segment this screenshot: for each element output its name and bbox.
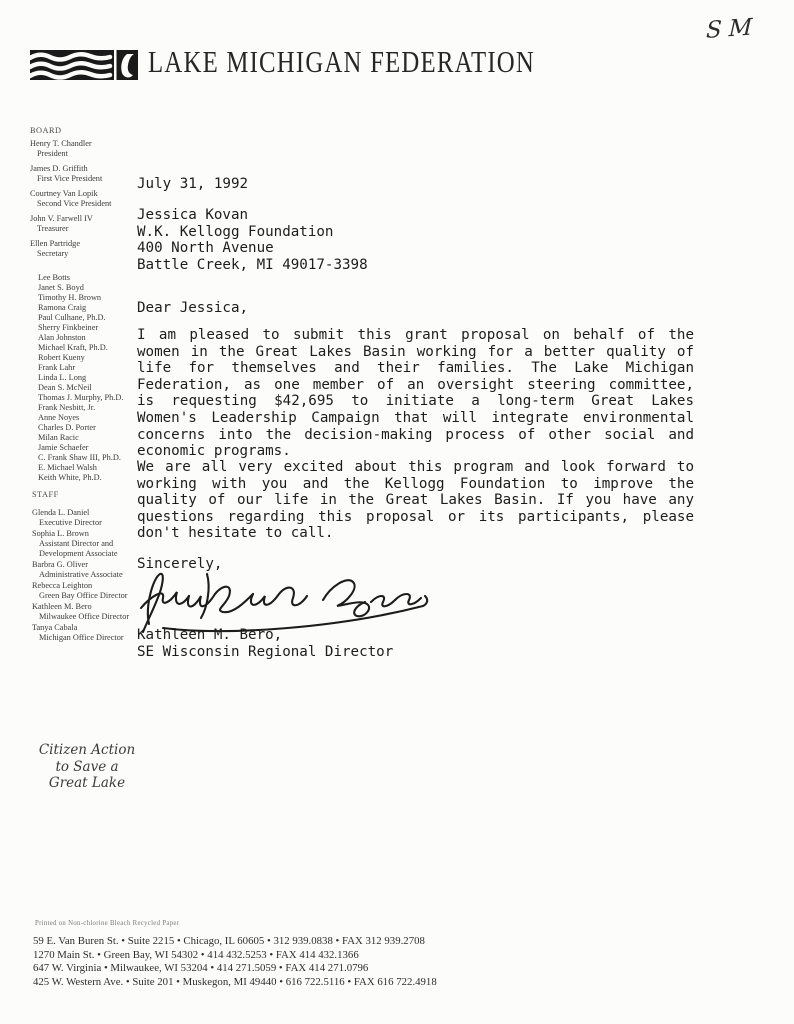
letter-text-line: quality of our life in the Great Lakes B… (137, 492, 694, 509)
tagline-line: to Save a (28, 759, 146, 776)
staff-name: Sophia L. Brown (32, 529, 150, 539)
office-address-line: 1270 Main St. • Green Bay, WI 54302 • 41… (33, 949, 437, 963)
letter-text-line: Federation, as one member of an oversigh… (137, 377, 694, 394)
officer-title: Treasurer (30, 224, 150, 234)
officer-title: Secretary (30, 249, 150, 259)
org-title: LAKE MICHIGAN FEDERATION (148, 44, 535, 80)
staff-label: STAFF (30, 490, 150, 500)
signature-typed-title: SE Wisconsin Regional Director (137, 644, 393, 661)
board-member-name: C. Frank Shaw III, Ph.D. (38, 453, 150, 463)
board-member-name: Milan Racic (38, 433, 150, 443)
board-member-name: Sherry Finkbeiner (38, 323, 150, 333)
letter-text-line: don't hesitate to call. (137, 525, 694, 542)
recipient-address-block: Jessica Kovan W.K. Kellogg Foundation 40… (137, 207, 368, 273)
officer-title: First Vice President (30, 174, 150, 184)
signature-typed-name: Kathleen M. Bero, (137, 627, 282, 644)
letter-text-line: working with you and the Kellogg Foundat… (137, 476, 694, 493)
letter-text-line: questions regarding this proposal or its… (137, 509, 694, 526)
officer-name: Henry T. Chandler (30, 139, 150, 149)
office-address-list: 59 E. Van Buren St. • Suite 2215 • Chica… (33, 935, 437, 989)
board-officer: Ellen Partridge Secretary (30, 239, 150, 259)
board-member-name: Thomas J. Murphy, Ph.D. (38, 393, 150, 403)
board-member-name: Charles D. Porter (38, 423, 150, 433)
salutation: Dear Jessica, (137, 300, 248, 317)
tagline-line: Citizen Action (28, 742, 146, 759)
board-member-name: E. Michael Walsh (38, 463, 150, 473)
letter-text-line: is requesting $42,695 to initiate a long… (137, 393, 694, 410)
tagline-line: Great Lake (28, 775, 146, 792)
board-officer: Courtney Van Lopik Second Vice President (30, 189, 150, 209)
recycled-paper-note: Printed on Non-chlorine Bleach Recycled … (35, 920, 179, 927)
board-member-name: Anne Noyes (38, 413, 150, 423)
letter-text-line: life for themselves and their families. … (137, 360, 694, 377)
board-member-name: Timothy H. Brown (38, 293, 150, 303)
letter-text-line: Women's Leadership Campaign that will in… (137, 410, 694, 427)
board-member-name: Lee Botts (38, 273, 150, 283)
board-member-name: Paul Culhane, Ph.D. (38, 313, 150, 323)
staff-entry: Sophia L. Brown Assistant Director and D… (32, 529, 150, 559)
officer-name: Courtney Van Lopik (30, 189, 150, 199)
staff-name: Glenda L. Daniel (32, 508, 150, 518)
officer-title: Second Vice President (30, 199, 150, 209)
recipient-address-line: Battle Creek, MI 49017-3398 (137, 257, 368, 274)
staff-title: Assistant Director and Development Assoc… (32, 539, 150, 559)
letter-paragraph: We are all very excited about this progr… (137, 459, 694, 542)
board-label: BOARD (30, 126, 150, 136)
scanned-letter-page: LAKE MICHIGAN FEDERATION SM BOARD Henry … (0, 0, 794, 1024)
staff-entry: Glenda L. Daniel Executive Director (32, 508, 150, 528)
board-member-name: Jamie Schaefer (38, 443, 150, 453)
office-address-line: 425 W. Western Ave. • Suite 201 • Muskeg… (33, 976, 437, 990)
board-member-name: Linda L. Long (38, 373, 150, 383)
board-member-name: Frank Nesbitt, Jr. (38, 403, 150, 413)
board-member-name: Ramona Craig (38, 303, 150, 313)
staff-title: Executive Director (32, 518, 150, 528)
officer-name: Ellen Partridge (30, 239, 150, 249)
officer-name: James D. Griffith (30, 164, 150, 174)
handwritten-note: SM (706, 14, 760, 44)
board-officer-list: Henry T. Chandler President James D. Gri… (30, 139, 150, 259)
officer-title: President (30, 149, 150, 159)
recipient-address-line: W.K. Kellogg Foundation (137, 224, 368, 241)
letter-paragraph: I am pleased to submit this grant propos… (137, 327, 694, 460)
letter-text-line: concerns into the decision-making proces… (137, 427, 694, 444)
officer-name: John V. Farwell IV (30, 214, 150, 224)
letter-date: July 31, 1992 (137, 176, 248, 193)
board-member-list: Lee Botts Janet S. Boyd Timothy H. Brown… (30, 273, 150, 483)
letter-text-line: We are all very excited about this progr… (137, 459, 694, 476)
letter-text-line: economic programs. (137, 443, 694, 460)
board-member-name: Keith White, Ph.D. (38, 473, 150, 483)
letter-text-line: I am pleased to submit this grant propos… (137, 327, 694, 344)
office-address-line: 59 E. Van Buren St. • Suite 2215 • Chica… (33, 935, 437, 949)
board-member-name: Alan Johnston (38, 333, 150, 343)
board-member-name: Robert Kueny (38, 353, 150, 363)
board-member-name: Michael Kraft, Ph.D. (38, 343, 150, 353)
board-officer: John V. Farwell IV Treasurer (30, 214, 150, 234)
board-member-name: Dean S. McNeil (38, 383, 150, 393)
letter-text-line: women in the Great Lakes Basin working f… (137, 344, 694, 361)
board-officer: James D. Griffith First Vice President (30, 164, 150, 184)
board-officer: Henry T. Chandler President (30, 139, 150, 159)
recipient-address-line: Jessica Kovan (137, 207, 368, 224)
org-tagline: Citizen Action to Save a Great Lake (28, 742, 146, 792)
board-member-name: Janet S. Boyd (38, 283, 150, 293)
board-member-name: Frank Lahr (38, 363, 150, 373)
office-address-line: 647 W. Virginia • Milwaukee, WI 53204 • … (33, 962, 437, 976)
lake-waves-logo-icon (30, 46, 138, 84)
recipient-address-line: 400 North Avenue (137, 240, 368, 257)
